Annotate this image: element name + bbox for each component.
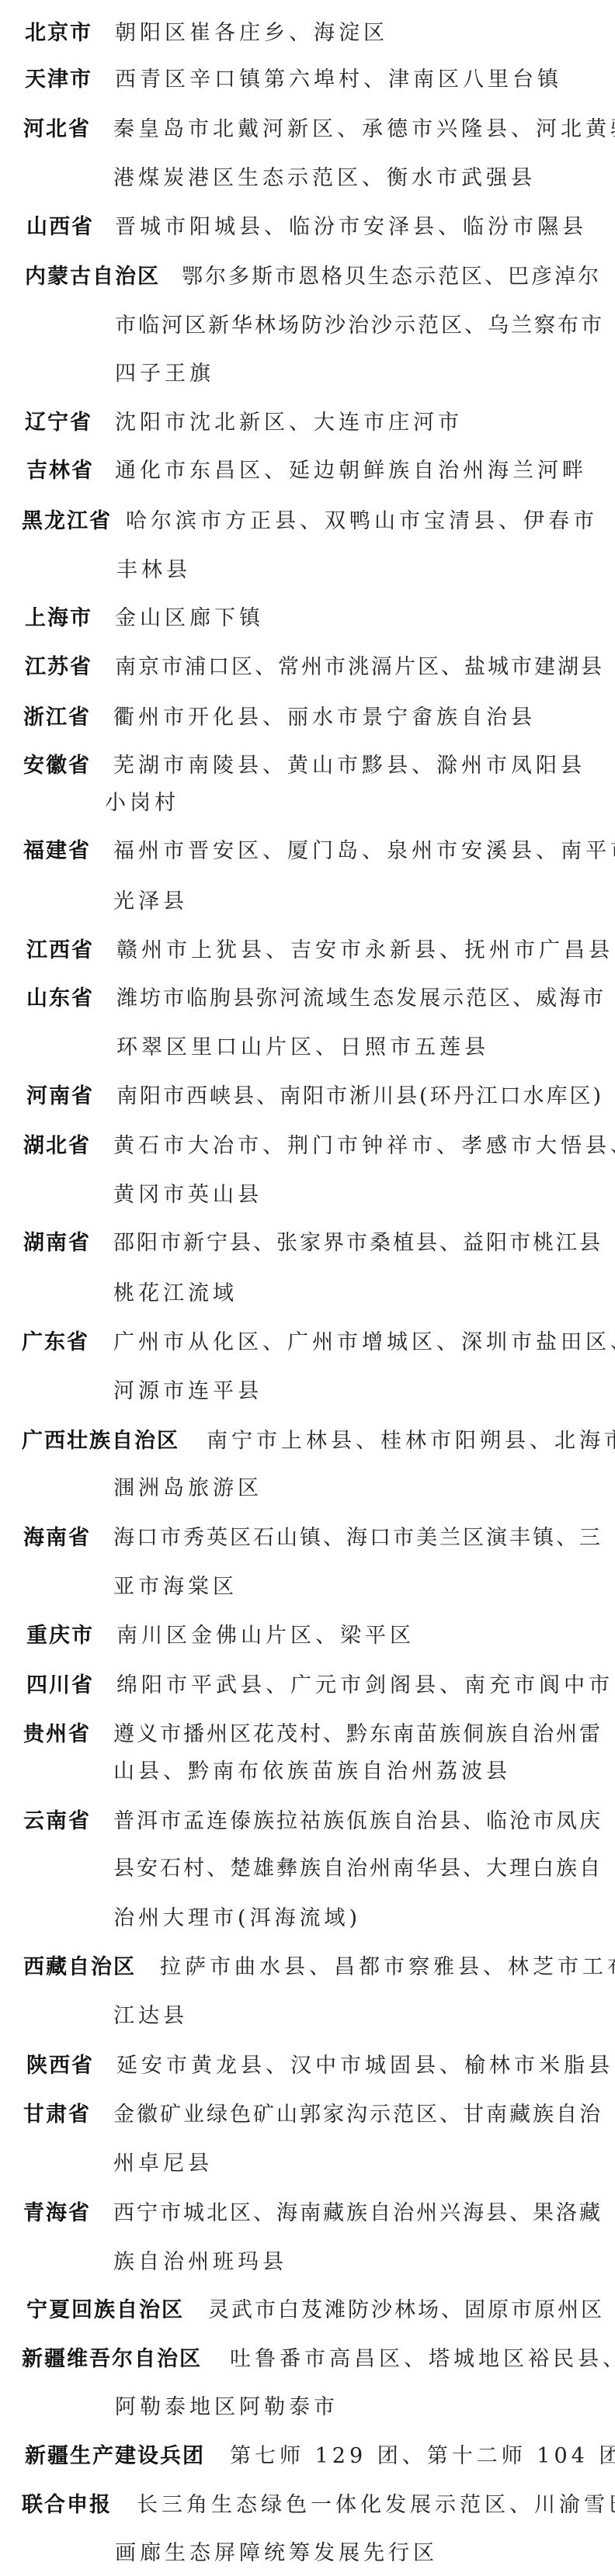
region-sites-guizhou: 遵义市播州区花茂村、黔东南苗族侗族自治州雷 <box>113 1721 603 1748</box>
region-label-shanxi: 山西省 <box>26 214 94 241</box>
region-sites-ningxia: 灵武市白芨滩防沙林场、固原市原州区 <box>208 2297 604 2324</box>
region-sites-heilongjiang: 哈尔滨市方正县、双鸭山市宝清县、伊春市 <box>126 508 598 535</box>
region-sites-yunnan: 普洱市孟连傣族拉祜族佤族自治县、临沧市凤庆 <box>113 1808 603 1835</box>
region-label-hunan: 湖南省 <box>23 1230 91 1257</box>
region-label-guangxi: 广西壮族自治区 <box>22 1428 179 1454</box>
region-sites-yunnan-cont2: 治州大理市(洱海流域) <box>113 1905 361 1932</box>
region-sites-guizhou-cont: 山县、黔南布依族苗族自治州荔波县 <box>113 1759 511 1785</box>
region-label-gansu: 甘肃省 <box>23 2102 91 2128</box>
region-sites-hubei: 黄石市大冶市、荆门市钟祥市、孝感市大悟县、 <box>113 1133 615 1160</box>
region-sites-henan: 南阳市西峡县、南阳市淅川县(环丹江口水库区) <box>116 1083 603 1110</box>
region-label-jilin: 吉林省 <box>26 458 94 484</box>
region-sites-beijing: 朝阳区崔各庄乡、海淀区 <box>115 20 388 47</box>
region-sites-hebei: 秦皇岛市北戴河新区、承德市兴隆县、河北黄骅 <box>113 116 615 143</box>
region-sites-hainan: 海口市秀英区石山镇、海口市美兰区演丰镇、三 <box>113 1525 603 1551</box>
region-sites-chongqing: 南川区金佛山片区、梁平区 <box>116 1623 415 1649</box>
region-sites-heilongjiang-cont: 丰林县 <box>116 557 191 584</box>
region-label-anhui: 安徽省 <box>23 753 91 779</box>
region-label-xinjiang: 新疆维吾尔自治区 <box>22 2346 202 2373</box>
region-sites-shandong-cont: 环翠区里口山片区、日照市五莲县 <box>116 1035 489 1061</box>
region-sites-jilin: 通化市东昌区、延边朝鲜族自治州海兰河畔 <box>115 458 587 484</box>
region-sites-fujian-cont: 光泽县 <box>113 889 188 915</box>
region-sites-guangxi: 南宁市上林县、桂林市阳朔县、北海市 <box>207 1428 615 1454</box>
region-label-shaanxi: 陕西省 <box>26 2053 94 2079</box>
region-sites-shanghai: 金山区廊下镇 <box>115 605 264 632</box>
region-label-tibet: 西藏自治区 <box>23 1954 136 1981</box>
region-label-jiangsu: 江苏省 <box>25 654 92 681</box>
region-label-guizhou: 贵州省 <box>23 1721 91 1748</box>
region-sites-guangdong: 广州市从化区、广州市增城区、深圳市盐田区、 <box>113 1330 615 1356</box>
region-label-shanghai: 上海市 <box>25 605 92 632</box>
region-label-qinghai: 青海省 <box>23 2200 91 2227</box>
region-sites-shaanxi: 延安市黄龙县、汉中市城固县、榆林市米脂县 <box>116 2053 613 2079</box>
region-sites-joint: 长三角生态绿色一体化发展示范区、川渝雪巴 <box>137 2492 615 2519</box>
region-sites-qinghai: 西宁市城北区、海南藏族自治州兴海县、果洛藏 <box>113 2200 603 2227</box>
region-label-hebei: 河北省 <box>23 116 91 143</box>
region-sites-xpcc: 第七师 129 团、第十二师 104 团 <box>230 2443 615 2470</box>
region-sites-sichuan: 绵阳市平武县、广元市剑阁县、南充市阆中市 <box>116 1673 613 1699</box>
region-sites-hebei-cont: 港煤炭港区生态示范区、衡水市武强县 <box>113 165 536 192</box>
region-sites-tianjin: 西青区辛口镇第六埠村、津南区八里台镇 <box>115 67 562 93</box>
region-sites-hunan: 邵阳市新宁县、张家界市桑植县、益阳市桃江县 <box>113 1230 603 1257</box>
region-sites-yunnan-cont: 县安石村、楚雄彝族自治州南华县、大理白族自 <box>113 1856 603 1882</box>
region-label-ningxia: 宁夏回族自治区 <box>26 2297 184 2324</box>
region-sites-inner-mongolia-cont2: 四子王旗 <box>115 361 214 387</box>
region-sites-gansu-cont: 州卓尼县 <box>113 2151 213 2177</box>
region-sites-joint-cont: 画廊生态屏障统筹发展先行区 <box>115 2540 438 2567</box>
region-sites-guangxi-cont: 涠洲岛旅游区 <box>113 1475 262 1502</box>
region-sites-gansu: 金徽矿业绿色矿山郭家沟示范区、甘南藏族自治 <box>113 2102 603 2128</box>
region-sites-shandong: 潍坊市临朐县弥河流域生态发展示范区、威海市 <box>116 986 606 1012</box>
region-label-zhejiang: 浙江省 <box>23 705 91 731</box>
region-label-chongqing: 重庆市 <box>26 1623 94 1649</box>
region-label-hainan: 海南省 <box>23 1525 91 1551</box>
region-label-tianjin: 天津市 <box>25 67 92 93</box>
region-sites-guangdong-cont: 河源市连平县 <box>113 1378 262 1405</box>
region-sites-shanxi: 晋城市阳城县、临汾市安泽县、临汾市隰县 <box>115 214 587 241</box>
region-sites-inner-mongolia-cont: 市临河区新华林场防沙治沙示范区、乌兰察布市 <box>115 313 604 339</box>
region-label-joint: 联合申报 <box>22 2492 112 2519</box>
region-label-hubei: 湖北省 <box>23 1133 91 1160</box>
region-label-shandong: 山东省 <box>26 986 94 1012</box>
region-label-heilongjiang: 黑龙江省 <box>22 508 112 535</box>
region-sites-tibet-cont: 江达县 <box>113 2003 188 2030</box>
region-sites-xinjiang-cont: 阿勒泰地区阿勒泰市 <box>115 2394 339 2421</box>
region-sites-jiangsu: 南京市浦口区、常州市洮滆片区、盐城市建湖县 <box>115 654 604 681</box>
region-sites-anhui: 芜湖市南陵县、黄山市黟县、滁州市凤阳县 <box>113 753 585 779</box>
region-sites-zhejiang: 衢州市开化县、丽水市景宁畲族自治县 <box>113 705 536 731</box>
region-label-beijing: 北京市 <box>25 20 92 47</box>
region-sites-qinghai-cont: 族自治州班玛县 <box>113 2249 287 2276</box>
region-sites-fujian: 福州市晋安区、厦门岛、泉州市安溪县、南平市 <box>113 838 615 865</box>
region-label-yunnan: 云南省 <box>23 1808 91 1835</box>
region-label-liaoning: 辽宁省 <box>25 410 92 436</box>
region-sites-jiangxi: 赣州市上犹县、吉安市永新县、抚州市广昌县 <box>116 938 613 964</box>
region-sites-hubei-cont: 黄冈市英山县 <box>113 1182 262 1208</box>
region-label-xpcc: 新疆生产建设兵团 <box>25 2443 205 2470</box>
region-label-sichuan: 四川省 <box>26 1673 94 1699</box>
region-sites-anhui-cont: 小岗村 <box>105 790 179 816</box>
region-label-inner-mongolia: 内蒙古自治区 <box>25 264 160 290</box>
region-label-henan: 河南省 <box>26 1083 94 1110</box>
region-sites-inner-mongolia: 鄂尔多斯市恩格贝生态示范区、巴彦淖尔 <box>182 264 601 290</box>
region-sites-xinjiang: 吐鲁番市高昌区、塔城地区裕民县、 <box>230 2346 615 2373</box>
region-sites-hunan-cont: 桃花江流域 <box>113 1281 238 1307</box>
region-sites-liaoning: 沈阳市沈北新区、大连市庄河市 <box>115 410 463 436</box>
region-label-guangdong: 广东省 <box>22 1330 89 1356</box>
region-sites-tibet: 拉萨市曲水县、昌都市察雅县、林芝市工布 <box>160 1954 615 1981</box>
region-sites-hainan-cont: 亚市海棠区 <box>113 1574 238 1600</box>
region-label-fujian: 福建省 <box>23 838 91 865</box>
region-label-jiangxi: 江西省 <box>26 938 94 964</box>
